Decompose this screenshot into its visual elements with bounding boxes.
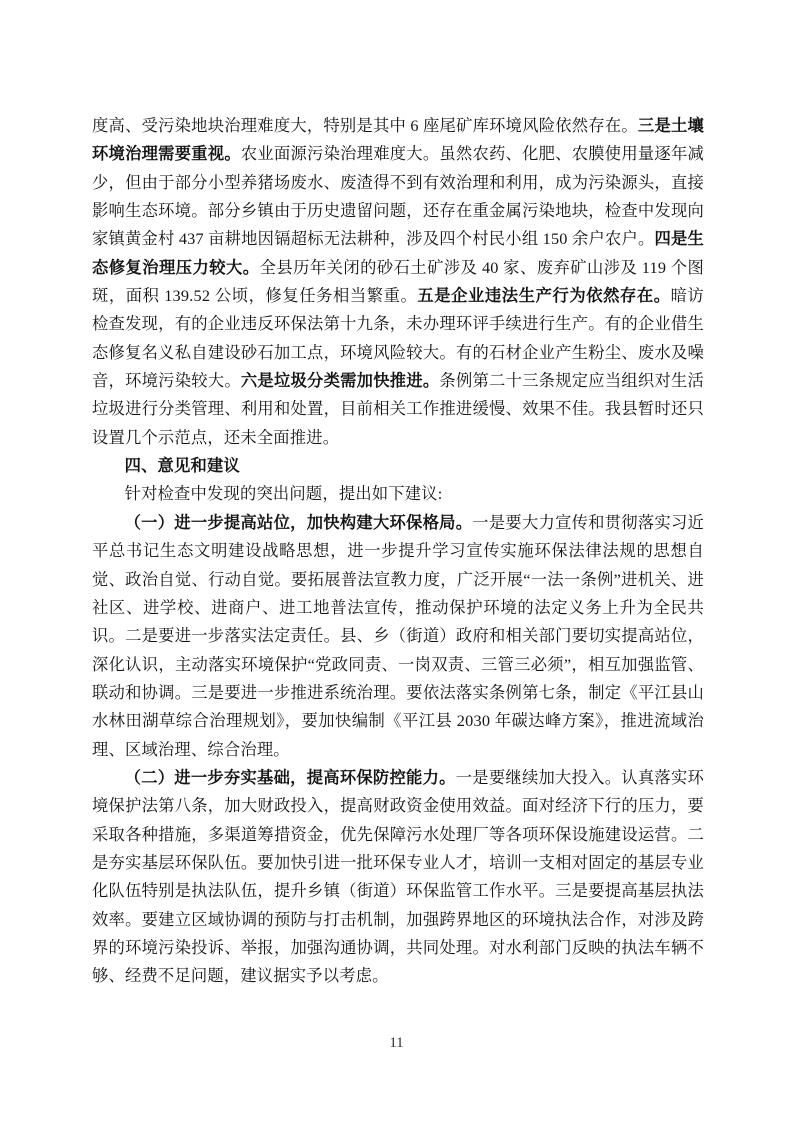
bold-run-point-six: 六是垃圾分类需加快推进。	[241, 371, 440, 390]
paragraph-suggestion-two: （二）进一步夯实基础，提高环保防控能力。一是要继续加大投入。认真落实环境保护法第…	[92, 764, 704, 991]
text-run: 一是要大力宣传和贯彻落实习近平总书记生态文明建设战略思想，进一步提升学习宣传实施…	[92, 513, 704, 759]
section-heading-text: 四、意见和建议	[125, 456, 240, 475]
text-run: 针对检查中发现的突出问题，提出如下建议:	[125, 484, 443, 503]
paragraph-intro: 针对检查中发现的突出问题，提出如下建议:	[92, 480, 704, 508]
section-heading: 四、意见和建议	[92, 452, 704, 480]
bold-run-suggestion-two-lead: （二）进一步夯实基础，提高环保防控能力。	[125, 768, 456, 787]
page-footer: 11	[0, 1033, 793, 1053]
text-run: 一是要继续加大投入。认真落实环境保护法第八条，加大财政投入，提高财政资金使用效益…	[92, 768, 704, 985]
bold-run-suggestion-one-lead: （一）进一步提高站位，加快构建大环保格局。	[125, 513, 473, 532]
text-run: 度高、受污染地块治理难度大，特别是其中 6 座尾矿库环境风险依然存在。	[92, 116, 638, 135]
paragraph-continuation: 度高、受污染地块治理难度大，特别是其中 6 座尾矿库环境风险依然存在。三是土壤环…	[92, 112, 704, 452]
bold-run-point-five: 五是企业违法生产行为依然存在。	[417, 286, 670, 305]
page-number: 11	[390, 1035, 404, 1051]
document-page: 度高、受污染地块治理难度大，特别是其中 6 座尾矿库环境风险依然存在。三是土壤环…	[0, 0, 793, 1122]
document-body: 度高、受污染地块治理难度大，特别是其中 6 座尾矿库环境风险依然存在。三是土壤环…	[92, 112, 704, 991]
paragraph-suggestion-one: （一）进一步提高站位，加快构建大环保格局。一是要大力宣传和贯彻落实习近平总书记生…	[92, 509, 704, 764]
